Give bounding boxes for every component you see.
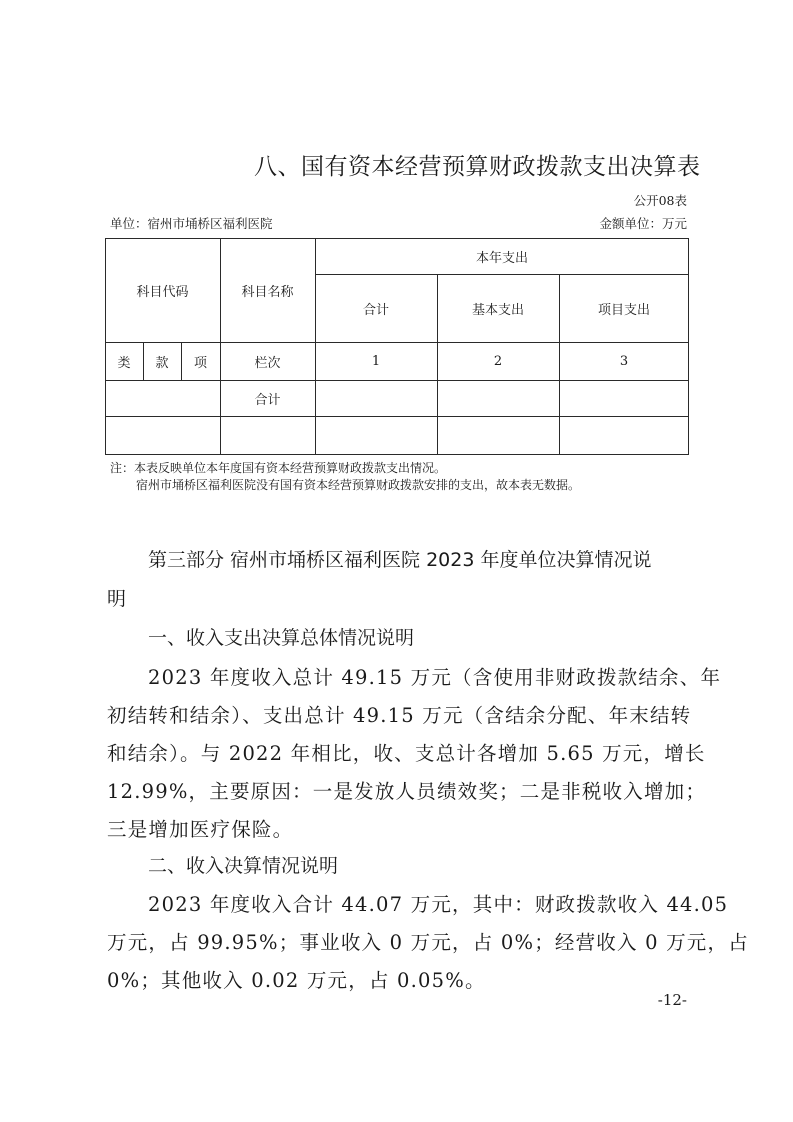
paragraph-line: 万元，占 99.95%；事业收入 0 万元，占 0%；经营收入 0 万元，占	[107, 927, 749, 955]
section1-heading: 一、收入支出决算总体情况说明	[148, 623, 414, 650]
header-column-index: 栏次	[220, 342, 315, 380]
part3-heading-cont: 明	[107, 584, 126, 611]
unit-label: 单位：宿州市埇桥区福利医院	[110, 214, 273, 232]
header-item: 项	[181, 342, 220, 380]
expense-table: 科目代码 科目名称 本年支出 合计 基本支出 项目支出 类 款 项 栏次 1 2…	[105, 238, 689, 455]
table-cell-basic	[437, 380, 559, 416]
table-cell-basic	[437, 416, 559, 454]
section2-heading: 二、收入决算情况说明	[148, 851, 338, 878]
paragraph-line: 三是增加医疗保险。	[107, 814, 293, 842]
table-cell-code	[105, 416, 220, 454]
table-notes: 注：本表反映单位本年度国有资本经营预算财政拨款支出情况。 宿州市埇桥区福利医院没…	[110, 460, 580, 494]
table-cell-code	[105, 380, 220, 416]
table-border-bottom	[105, 454, 689, 455]
page-number: -12-	[658, 991, 687, 1009]
amount-unit-label: 金额单位：万元	[599, 214, 687, 232]
paragraph-line: 0%；其他收入 0.02 万元，占 0.05%。	[107, 965, 486, 993]
header-subject-code: 科目代码	[105, 238, 220, 342]
paragraph-line: 初结转和结余）、支出总计 49.15 万元（含结余分配、年末结转	[107, 700, 691, 728]
header-project-expense: 项目支出	[559, 274, 689, 342]
column-number-3: 3	[559, 342, 689, 380]
note-line: 注：本表反映单位本年度国有资本经营预算财政拨款支出情况。	[110, 460, 580, 477]
table-cell-name: 合计	[220, 380, 315, 416]
table-cell-project	[559, 416, 689, 454]
table-cell-name	[220, 416, 315, 454]
header-section: 款	[143, 342, 181, 380]
header-basic-expense: 基本支出	[437, 274, 559, 342]
part3-heading: 第三部分 宿州市埇桥区福利医院 2023 年度单位决算情况说	[148, 545, 651, 572]
column-number-2: 2	[437, 342, 559, 380]
paragraph-line: 2023 年度收入总计 49.15 万元（含使用非财政拨款结余、年	[148, 662, 721, 690]
header-current-year-expense: 本年支出	[315, 238, 689, 274]
table-cell-project	[559, 380, 689, 416]
header-category: 类	[105, 342, 143, 380]
table-title: 八、国有资本经营预算财政拨款支出决算表	[254, 148, 701, 181]
paragraph-line: 和结余）。与 2022 年相比，收、支总计各增加 5.65 万元，增长	[107, 738, 706, 766]
column-number-1: 1	[315, 342, 437, 380]
paragraph-line: 12.99%，主要原因：一是发放人员绩效奖；二是非税收入增加；	[107, 776, 706, 804]
table-number: 公开08表	[634, 191, 687, 209]
table-cell-total	[315, 416, 437, 454]
header-total: 合计	[315, 274, 437, 342]
paragraph-line: 2023 年度收入合计 44.07 万元，其中：财政拨款收入 44.05	[148, 889, 728, 917]
table-cell-total	[315, 380, 437, 416]
note-line: 宿州市埇桥区福利医院没有国有资本经营预算财政拨款安排的支出，故本表无数据。	[110, 477, 580, 494]
header-subject-name: 科目名称	[220, 238, 315, 342]
